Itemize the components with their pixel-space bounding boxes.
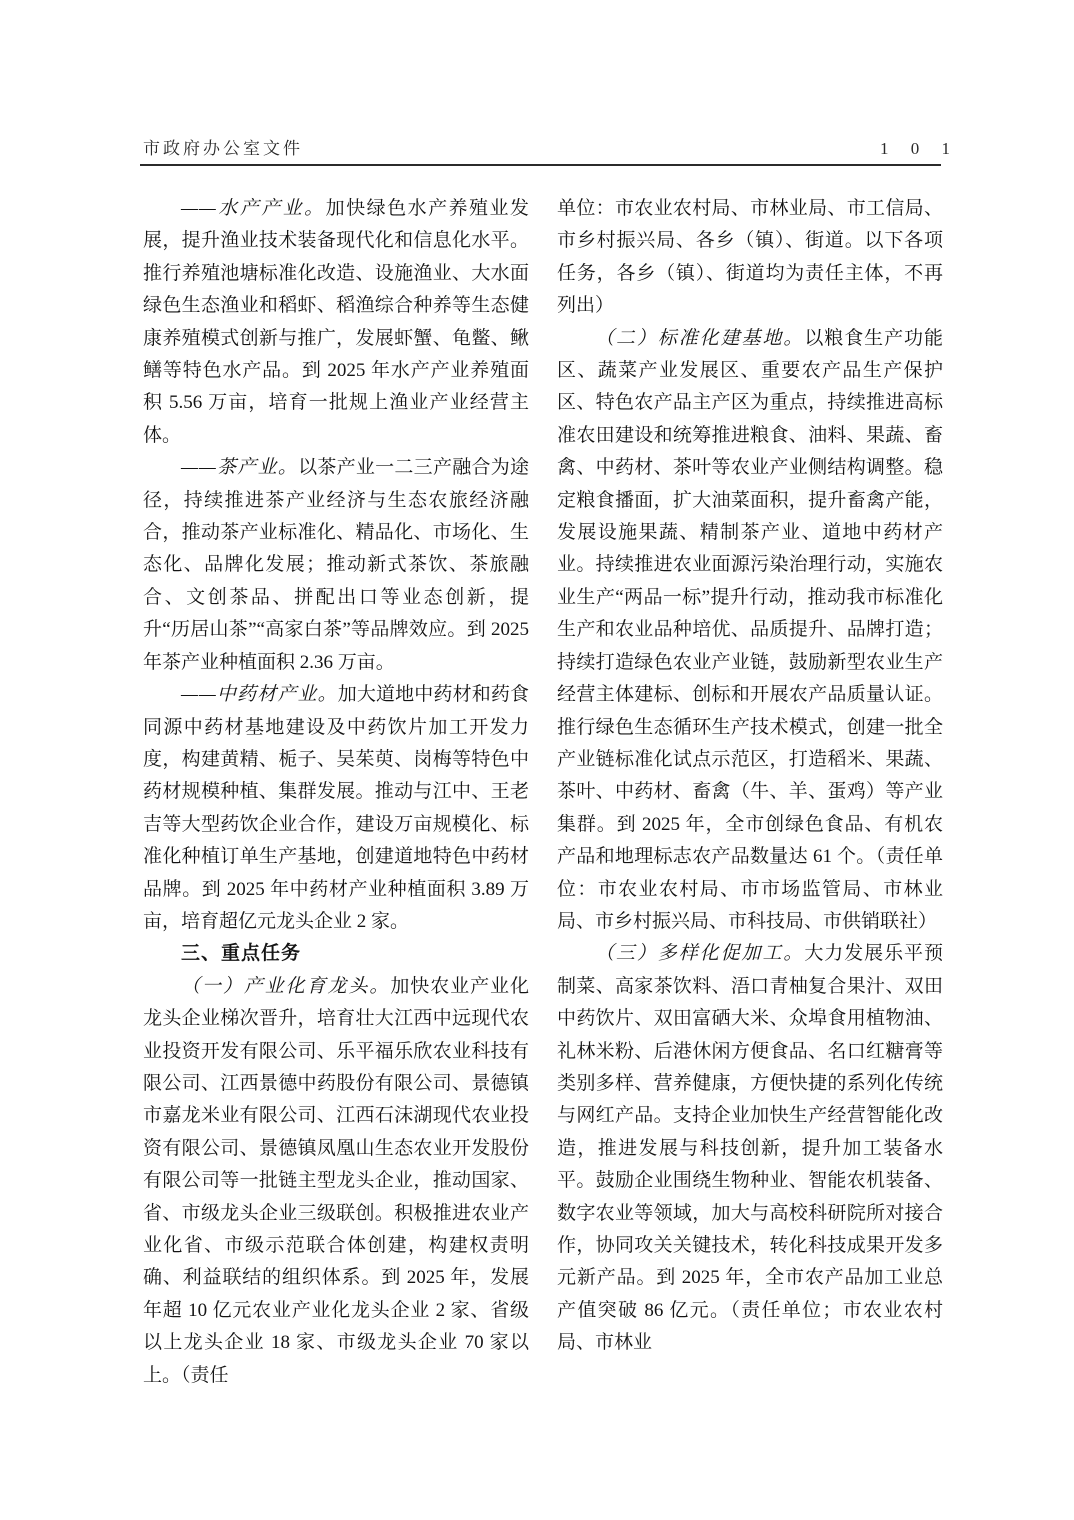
- header-rule: [140, 164, 941, 166]
- right-text-column: 单位：市农业农村局、市林业局、市工信局、市乡村振兴局、各乡（镇）、街道。以下各项…: [557, 193, 943, 1360]
- document-header-title: 市政府办公室文件: [143, 134, 303, 159]
- paragraph-lead: （三）多样化促加工。: [595, 943, 804, 964]
- paragraph: （三）多样化促加工。大力发展乐平预制菜、高家茶饮料、浯口青柚复合果汁、双田中药饮…: [557, 938, 943, 1359]
- paragraph: （二）标准化建基地。以粮食生产功能区、蔬菜产业发展区、重要农产品生产保护区、特色…: [557, 323, 943, 939]
- paragraph-lead: （一）产业化育龙头。: [181, 976, 390, 997]
- left-text-column: ——水产产业。加快绿色水产养殖业发展，提升渔业技术装备现代化和信息化水平。推行养…: [143, 193, 529, 1392]
- paragraph-lead: ——茶产业。: [181, 457, 298, 478]
- page-number: 1 0 1: [880, 139, 942, 159]
- section-heading: 三、重点任务: [143, 938, 529, 970]
- document-page: 市政府办公室文件 1 0 1 ——水产产业。加快绿色水产养殖业发展，提升渔业技术…: [0, 0, 1074, 1520]
- paragraph-lead: （二）标准化建基地。: [595, 328, 804, 349]
- paragraph-lead: ——水产产业。: [181, 198, 326, 219]
- continuation-paragraph: 单位：市农业农村局、市林业局、市工信局、市乡村振兴局、各乡（镇）、街道。以下各项…: [557, 193, 943, 323]
- paragraph: （一）产业化育龙头。加快农业产业化龙头企业梯次晋升，培育壮大江西中远现代农业投资…: [143, 971, 529, 1392]
- paragraph: ——茶产业。以茶产业一二三产融合为途径，持续推进茶产业经济与生态农旅经济融合，推…: [143, 452, 529, 679]
- paragraph-lead: ——中药材产业。: [181, 684, 338, 705]
- paragraph: ——水产产业。加快绿色水产养殖业发展，提升渔业技术装备现代化和信息化水平。推行养…: [143, 193, 529, 452]
- paragraph: ——中药材产业。加大道地中药材和药食同源中药材基地建设及中药饮片加工开发力度，构…: [143, 679, 529, 938]
